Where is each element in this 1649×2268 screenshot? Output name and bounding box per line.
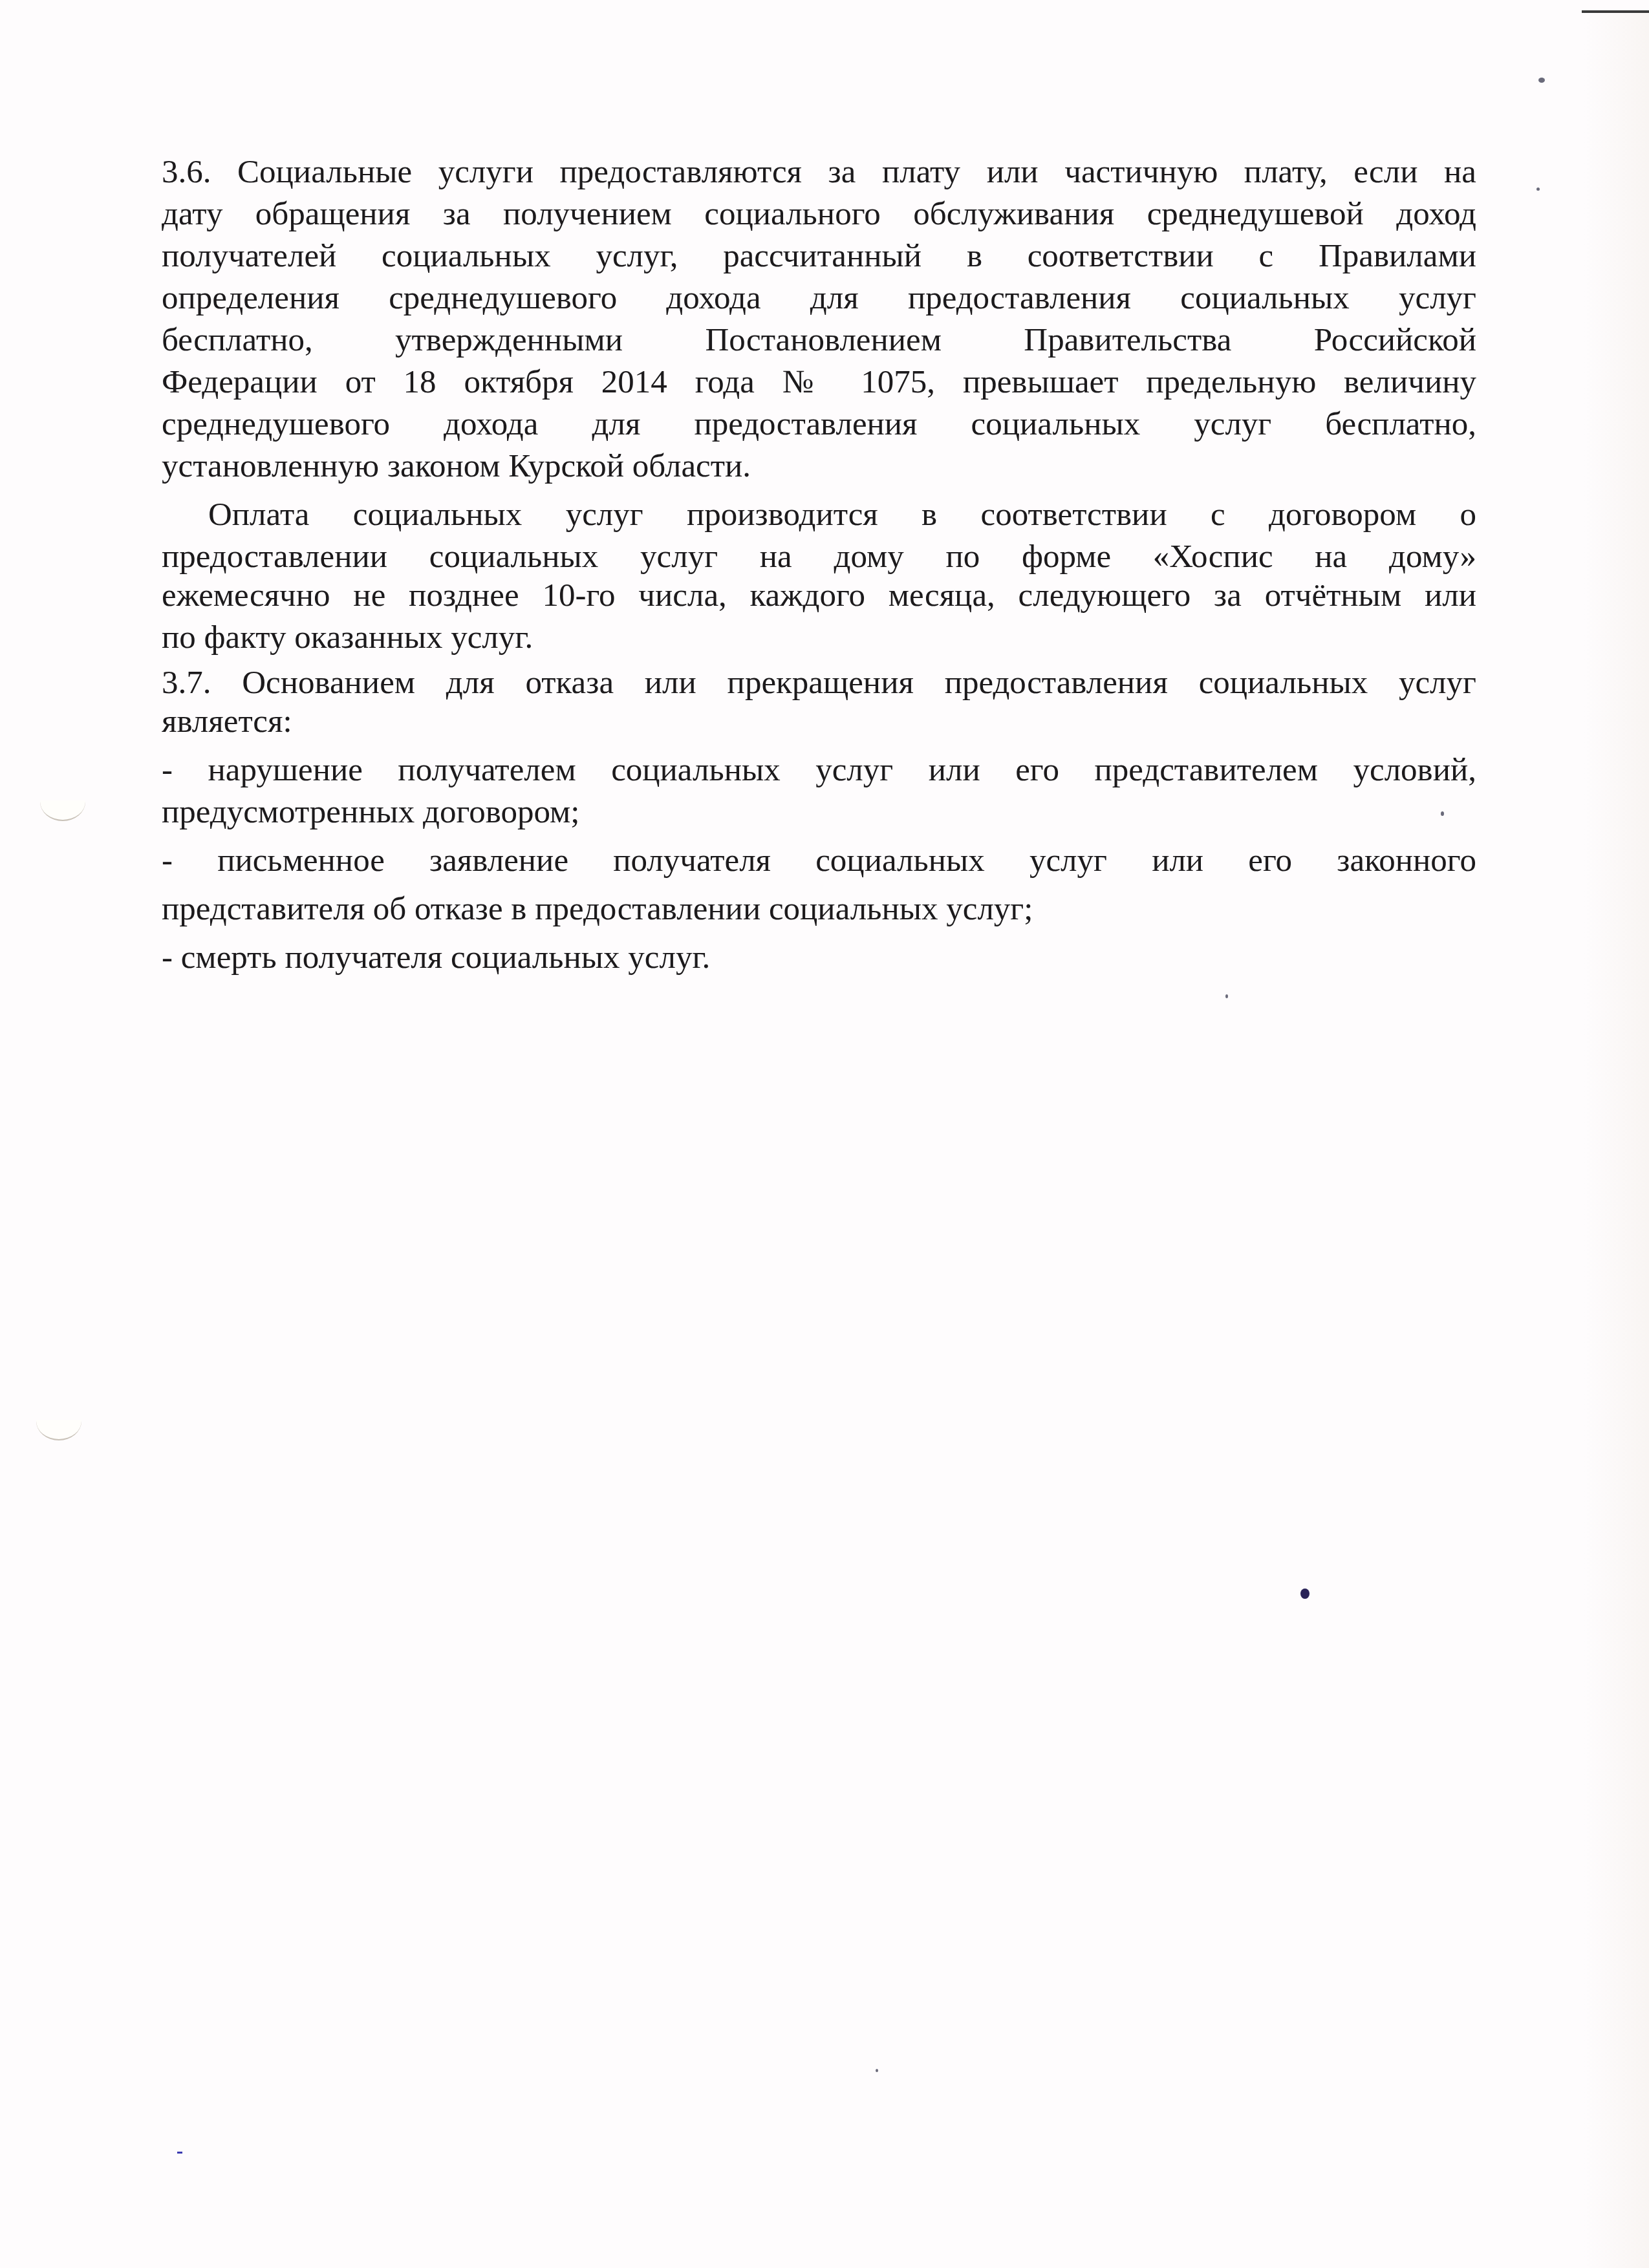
text-line: - нарушение получателем социальных услуг…	[162, 751, 1476, 789]
text-line: получателей социальных услуг, рассчитанн…	[162, 237, 1476, 275]
text-line: 3.6. Социальные услуги предоставляются з…	[162, 153, 1476, 191]
scan-speck	[1536, 187, 1540, 191]
text-line: предусмотренных договором;	[162, 793, 1476, 831]
text-line: среднедушевого дохода для предоставления…	[162, 405, 1476, 444]
scan-speck	[1538, 78, 1545, 83]
text-line: - смерть получателя социальных услуг.	[162, 938, 1476, 977]
text-line: ежемесячно не позднее 10-го числа, каждо…	[162, 576, 1476, 615]
text-line: предоставлении социальных услуг на дому …	[162, 537, 1476, 576]
punch-hole-bottom	[36, 1420, 81, 1440]
text-line: по факту оказанных услуг.	[162, 618, 1476, 657]
ink-blot	[1300, 1589, 1309, 1599]
text-line: определения среднедушевого дохода для пр…	[162, 279, 1476, 317]
text-line: 3.7. Основанием для отказа или прекращен…	[162, 663, 1476, 702]
scan-speck	[876, 2069, 878, 2072]
scan-speck	[177, 2152, 182, 2154]
text-line: представителя об отказе в предоставлении…	[162, 890, 1476, 928]
text-line: Оплата социальных услуг производится в с…	[162, 495, 1476, 534]
punch-hole-top	[40, 800, 85, 821]
text-line: Федерации от 18 октября 2014 года № 1075…	[162, 363, 1476, 401]
scan-top-edge	[1582, 10, 1649, 13]
text-line: дату обращения за получением социального…	[162, 195, 1476, 233]
text-line: установленную законом Курской области.	[162, 447, 1476, 486]
text-line: является:	[162, 702, 1476, 741]
scan-speck	[1225, 994, 1228, 998]
text-line: бесплатно, утвержденными Постановлением …	[162, 321, 1476, 359]
text-line: - письменное заявление получателя социал…	[162, 841, 1476, 880]
scan-edge-shadow	[1584, 13, 1649, 2268]
